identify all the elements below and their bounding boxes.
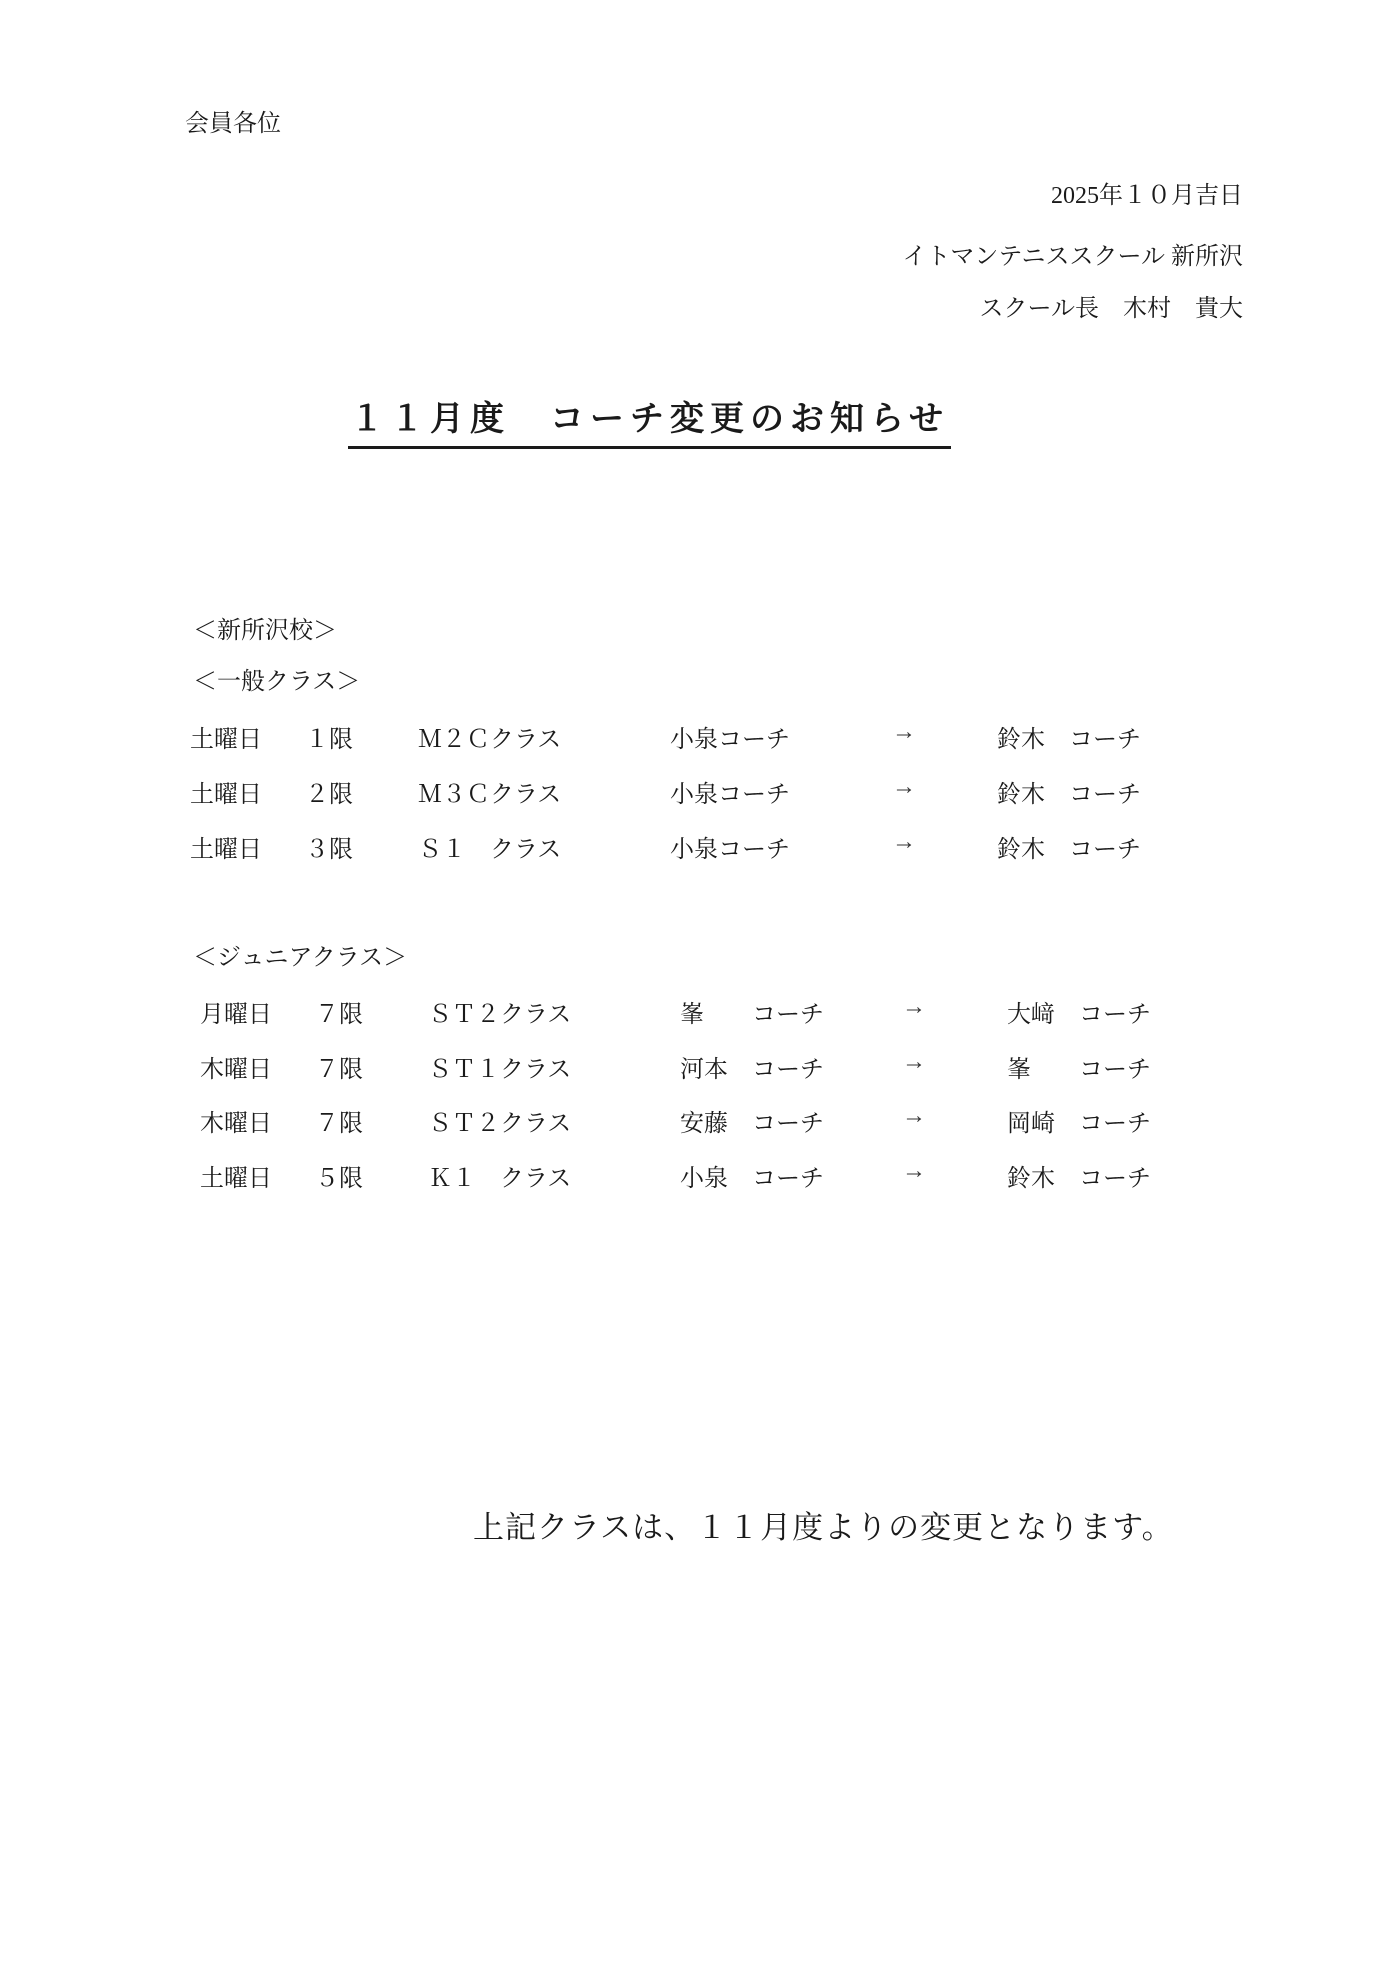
class-cell: ＳＴ２クラス xyxy=(428,1103,680,1138)
footer-note: 上記クラスは、１１月度よりの変更となります。 xyxy=(473,1502,1174,1547)
arrow-right-icon: → xyxy=(892,829,997,864)
class-cell: Ｋ１ クラス xyxy=(428,1158,680,1193)
new-coach-cell: 大﨑 コーチ xyxy=(1007,994,1300,1029)
notice-title: １１月度 コーチ変更のお知らせ xyxy=(348,391,951,449)
period-cell: ５限 xyxy=(315,1158,428,1193)
arrow-right-icon: → xyxy=(902,1049,1007,1084)
coach-change-row: 月曜日 ７限 ＳＴ２クラス 峯 コーチ → 大﨑 コーチ xyxy=(200,994,1300,1029)
old-coach-cell: 小泉コーチ xyxy=(670,829,892,864)
organization-line: イトマンテニススクール 新所沢 xyxy=(902,236,1243,271)
arrow-right-icon: → xyxy=(892,774,997,809)
section-heading-junior: ＜ジュニアクラス＞ xyxy=(193,937,407,972)
old-coach-cell: 小泉 コーチ xyxy=(680,1158,902,1193)
period-cell: ７限 xyxy=(315,1049,428,1084)
day-cell: 土曜日 xyxy=(200,1158,315,1193)
day-cell: 土曜日 xyxy=(190,719,305,754)
date-line: 2025年１０月吉日 xyxy=(1051,175,1243,210)
coach-change-row: 土曜日 ５限 Ｋ１ クラス 小泉 コーチ → 鈴木 コーチ xyxy=(200,1158,1300,1193)
section-heading-general: ＜一般クラス＞ xyxy=(193,661,360,696)
coach-change-row: 木曜日 ７限 ＳＴ１クラス 河本 コーチ → 峯 コーチ xyxy=(200,1049,1300,1084)
old-coach-cell: 小泉コーチ xyxy=(670,774,892,809)
day-cell: 木曜日 xyxy=(200,1103,315,1138)
class-cell: Ｓ１ クラス xyxy=(418,829,670,864)
period-cell: ３限 xyxy=(305,829,418,864)
period-cell: ２限 xyxy=(305,774,418,809)
day-cell: 木曜日 xyxy=(200,1049,315,1084)
period-cell: １限 xyxy=(305,719,418,754)
day-cell: 月曜日 xyxy=(200,994,315,1029)
coach-change-row: 土曜日 ３限 Ｓ１ クラス 小泉コーチ → 鈴木 コーチ xyxy=(190,829,1290,864)
old-coach-cell: 峯 コーチ xyxy=(680,994,902,1029)
old-coach-cell: 小泉コーチ xyxy=(670,719,892,754)
arrow-right-icon: → xyxy=(902,1103,1007,1138)
day-cell: 土曜日 xyxy=(190,829,305,864)
signer-line: スクール長 木村 貴大 xyxy=(979,288,1243,323)
class-cell: Ｍ２Ｃクラス xyxy=(418,719,670,754)
new-coach-cell: 鈴木 コーチ xyxy=(997,719,1290,754)
new-coach-cell: 鈴木 コーチ xyxy=(997,774,1290,809)
old-coach-cell: 河本 コーチ xyxy=(680,1049,902,1084)
old-coach-cell: 安藤 コーチ xyxy=(680,1103,902,1138)
new-coach-cell: 鈴木 コーチ xyxy=(1007,1158,1300,1193)
class-cell: ＳＴ２クラス xyxy=(428,994,680,1029)
day-cell: 土曜日 xyxy=(190,774,305,809)
period-cell: ７限 xyxy=(315,994,428,1029)
coach-change-row: 土曜日 ２限 Ｍ３Ｃクラス 小泉コーチ → 鈴木 コーチ xyxy=(190,774,1290,809)
class-cell: Ｍ３Ｃクラス xyxy=(418,774,670,809)
new-coach-cell: 鈴木 コーチ xyxy=(997,829,1290,864)
document-page: 会員各位 2025年１０月吉日 イトマンテニススクール 新所沢 スクール長 木村… xyxy=(0,0,1388,1963)
arrow-right-icon: → xyxy=(902,1158,1007,1193)
new-coach-cell: 峯 コーチ xyxy=(1007,1049,1300,1084)
arrow-right-icon: → xyxy=(902,994,1007,1029)
school-heading: ＜新所沢校＞ xyxy=(193,610,337,645)
period-cell: ７限 xyxy=(315,1103,428,1138)
coach-change-row: 木曜日 ７限 ＳＴ２クラス 安藤 コーチ → 岡崎 コーチ xyxy=(200,1103,1300,1138)
recipient-line: 会員各位 xyxy=(185,103,281,138)
new-coach-cell: 岡崎 コーチ xyxy=(1007,1103,1300,1138)
class-cell: ＳＴ１クラス xyxy=(428,1049,680,1084)
coach-change-row: 土曜日 １限 Ｍ２Ｃクラス 小泉コーチ → 鈴木 コーチ xyxy=(190,719,1290,754)
arrow-right-icon: → xyxy=(892,719,997,754)
